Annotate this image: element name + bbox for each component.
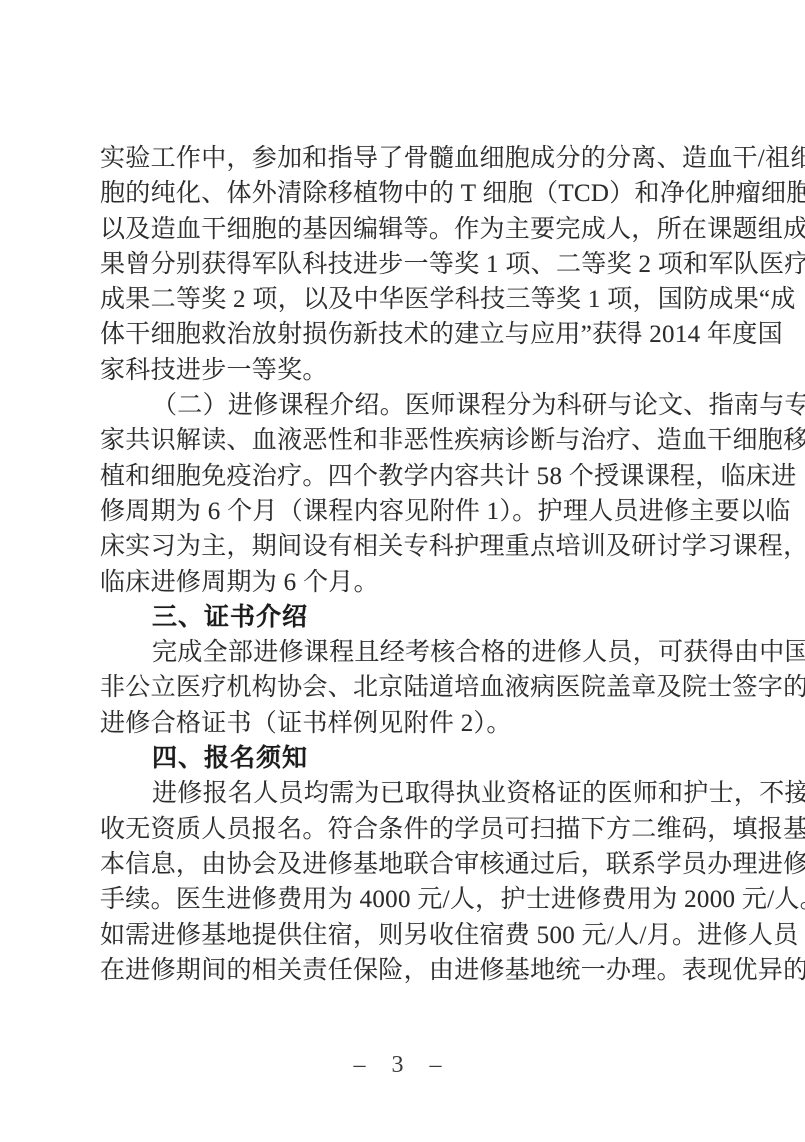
page-number: – 3 – bbox=[0, 1052, 805, 1079]
paragraph-line: 修周期为 6 个月（课程内容见附件 1）。护理人员进修主要以临 bbox=[100, 494, 712, 529]
document-text-block: 实验工作中，参加和指导了骨髓血细胞成分的分离、造血干/祖细 胞的纯化、体外清除移… bbox=[100, 141, 712, 988]
paragraph-line: 以及造血干细胞的基因编辑等。作为主要完成人，所在课题组成 bbox=[100, 212, 712, 247]
paragraph-line: 果曾分别获得军队科技进步一等奖 1 项、二等奖 2 项和军队医疗 bbox=[100, 247, 712, 282]
paragraph-line: 植和细胞免疫治疗。四个教学内容共计 58 个授课课程，临床进 bbox=[100, 459, 712, 494]
paragraph-line: 收无资质人员报名。符合条件的学员可扫描下方二维码，填报基 bbox=[100, 812, 712, 847]
paragraph-line-indent: 进修报名人员均需为已取得执业资格证的医师和护士，不接 bbox=[100, 776, 712, 811]
paragraph-line: 在进修期间的相关责任保险，由进修基地统一办理。表现优异的 bbox=[100, 953, 712, 988]
paragraph-line: 如需进修基地提供住宿，则另收住宿费 500 元/人/月。进修人员 bbox=[100, 918, 712, 953]
paragraph-line: 本信息，由协会及进修基地联合审核通过后，联系学员办理进修 bbox=[100, 847, 712, 882]
paragraph-line: 成果二等奖 2 项，以及中华医学科技三等奖 1 项，国防成果“成 bbox=[100, 282, 712, 317]
document-page: 实验工作中，参加和指导了骨髓血细胞成分的分离、造血干/祖细 胞的纯化、体外清除移… bbox=[0, 0, 805, 1142]
paragraph-line-indent: （二）进修课程介绍。医师课程分为科研与论文、指南与专 bbox=[100, 388, 712, 423]
section-heading-registration: 四、报名须知 bbox=[100, 741, 712, 776]
paragraph-line: 进修合格证书（证书样例见附件 2）。 bbox=[100, 706, 712, 741]
paragraph-line: 实验工作中，参加和指导了骨髓血细胞成分的分离、造血干/祖细 bbox=[100, 141, 712, 176]
paragraph-line: 胞的纯化、体外清除移植物中的 T 细胞（TCD）和净化肿瘤细胞， bbox=[100, 176, 712, 211]
paragraph-line: 非公立医疗机构协会、北京陆道培血液病医院盖章及院士签字的 bbox=[100, 670, 712, 705]
paragraph-line: 手续。医生进修费用为 4000 元/人，护士进修费用为 2000 元/人。 bbox=[100, 882, 712, 917]
paragraph-line-indent: 完成全部进修课程且经考核合格的进修人员，可获得由中国 bbox=[100, 635, 712, 670]
paragraph-line: 临床进修周期为 6 个月。 bbox=[100, 565, 712, 600]
paragraph-line: 床实习为主，期间设有相关专科护理重点培训及研讨学习课程， bbox=[100, 529, 712, 564]
section-heading-certificate: 三、证书介绍 bbox=[100, 600, 712, 635]
paragraph-line: 体干细胞救治放射损伤新技术的建立与应用”获得 2014 年度国 bbox=[100, 317, 712, 352]
paragraph-line: 家共识解读、血液恶性和非恶性疾病诊断与治疗、造血干细胞移 bbox=[100, 423, 712, 458]
paragraph-line: 家科技进步一等奖。 bbox=[100, 353, 712, 388]
